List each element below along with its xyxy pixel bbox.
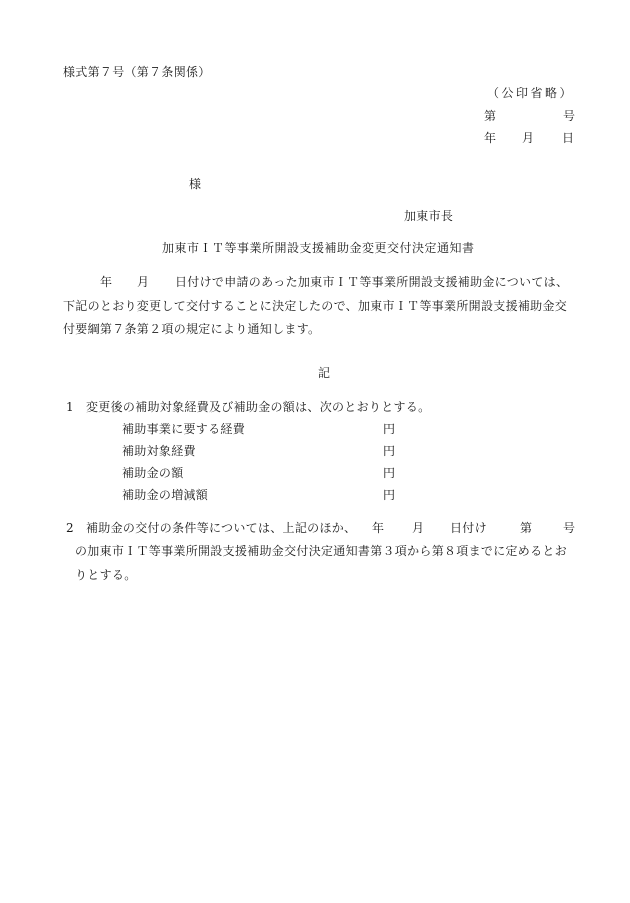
item-2-year: 年 [372,521,384,535]
recipient-honorific: 様 [189,177,201,191]
doc-number-suffix: 号 [563,109,575,123]
body-date-month: 月 [137,275,149,289]
body-line2: 下記のとおり変更して交付することに決定したので、加東市ＩＴ等事業所開設支援補助金… [63,299,567,313]
date-day: 日 [562,131,574,145]
row-unit: 円 [383,422,395,436]
row-unit: 円 [383,444,395,458]
row-label: 補助事業に要する経費 [122,422,245,436]
doc-number-prefix: 第 [484,109,496,123]
item-1-number: 1 [66,400,74,414]
item-2-no-suffix: 号 [563,521,575,535]
body-line1: 日付けで申請のあった加東市ＩＴ等事業所開設支援補助金については、 [175,275,568,289]
item-2-day: 日付け [450,521,487,535]
body-date-year: 年 [100,275,112,289]
body-line3: 付要綱第７条第２項の規定により通知します。 [63,322,320,336]
item-2-line3: りとする。 [75,568,137,582]
form-label: 様式第７号（第７条関係） [63,65,211,79]
date-month: 月 [522,131,534,145]
document-title: 加東市ＩＴ等事業所開設支援補助金変更交付決定通知書 [162,241,475,255]
seal-omitted-note: （公印省略） [487,86,574,100]
date-year: 年 [484,131,496,145]
item-2-line2: の加東市ＩＴ等事業所開設支援補助金交付決定通知書第３項から第８項までに定めるとお [75,544,567,558]
row-unit: 円 [383,488,395,502]
item-1-text: 変更後の補助対象経費及び補助金の額は、次のとおりとする。 [86,400,430,414]
item-2-no-prefix: 第 [520,521,532,535]
ki-heading: 記 [318,366,330,380]
item-2-line1: 補助金の交付の条件等については、上記のほか、 [86,521,356,535]
row-label: 補助金の額 [122,466,184,480]
row-label: 補助対象経費 [122,444,196,458]
item-2-month: 月 [412,521,424,535]
row-label: 補助金の増減額 [122,488,208,502]
item-2-number: 2 [66,521,74,535]
issuer: 加東市長 [404,209,453,223]
row-unit: 円 [383,466,395,480]
